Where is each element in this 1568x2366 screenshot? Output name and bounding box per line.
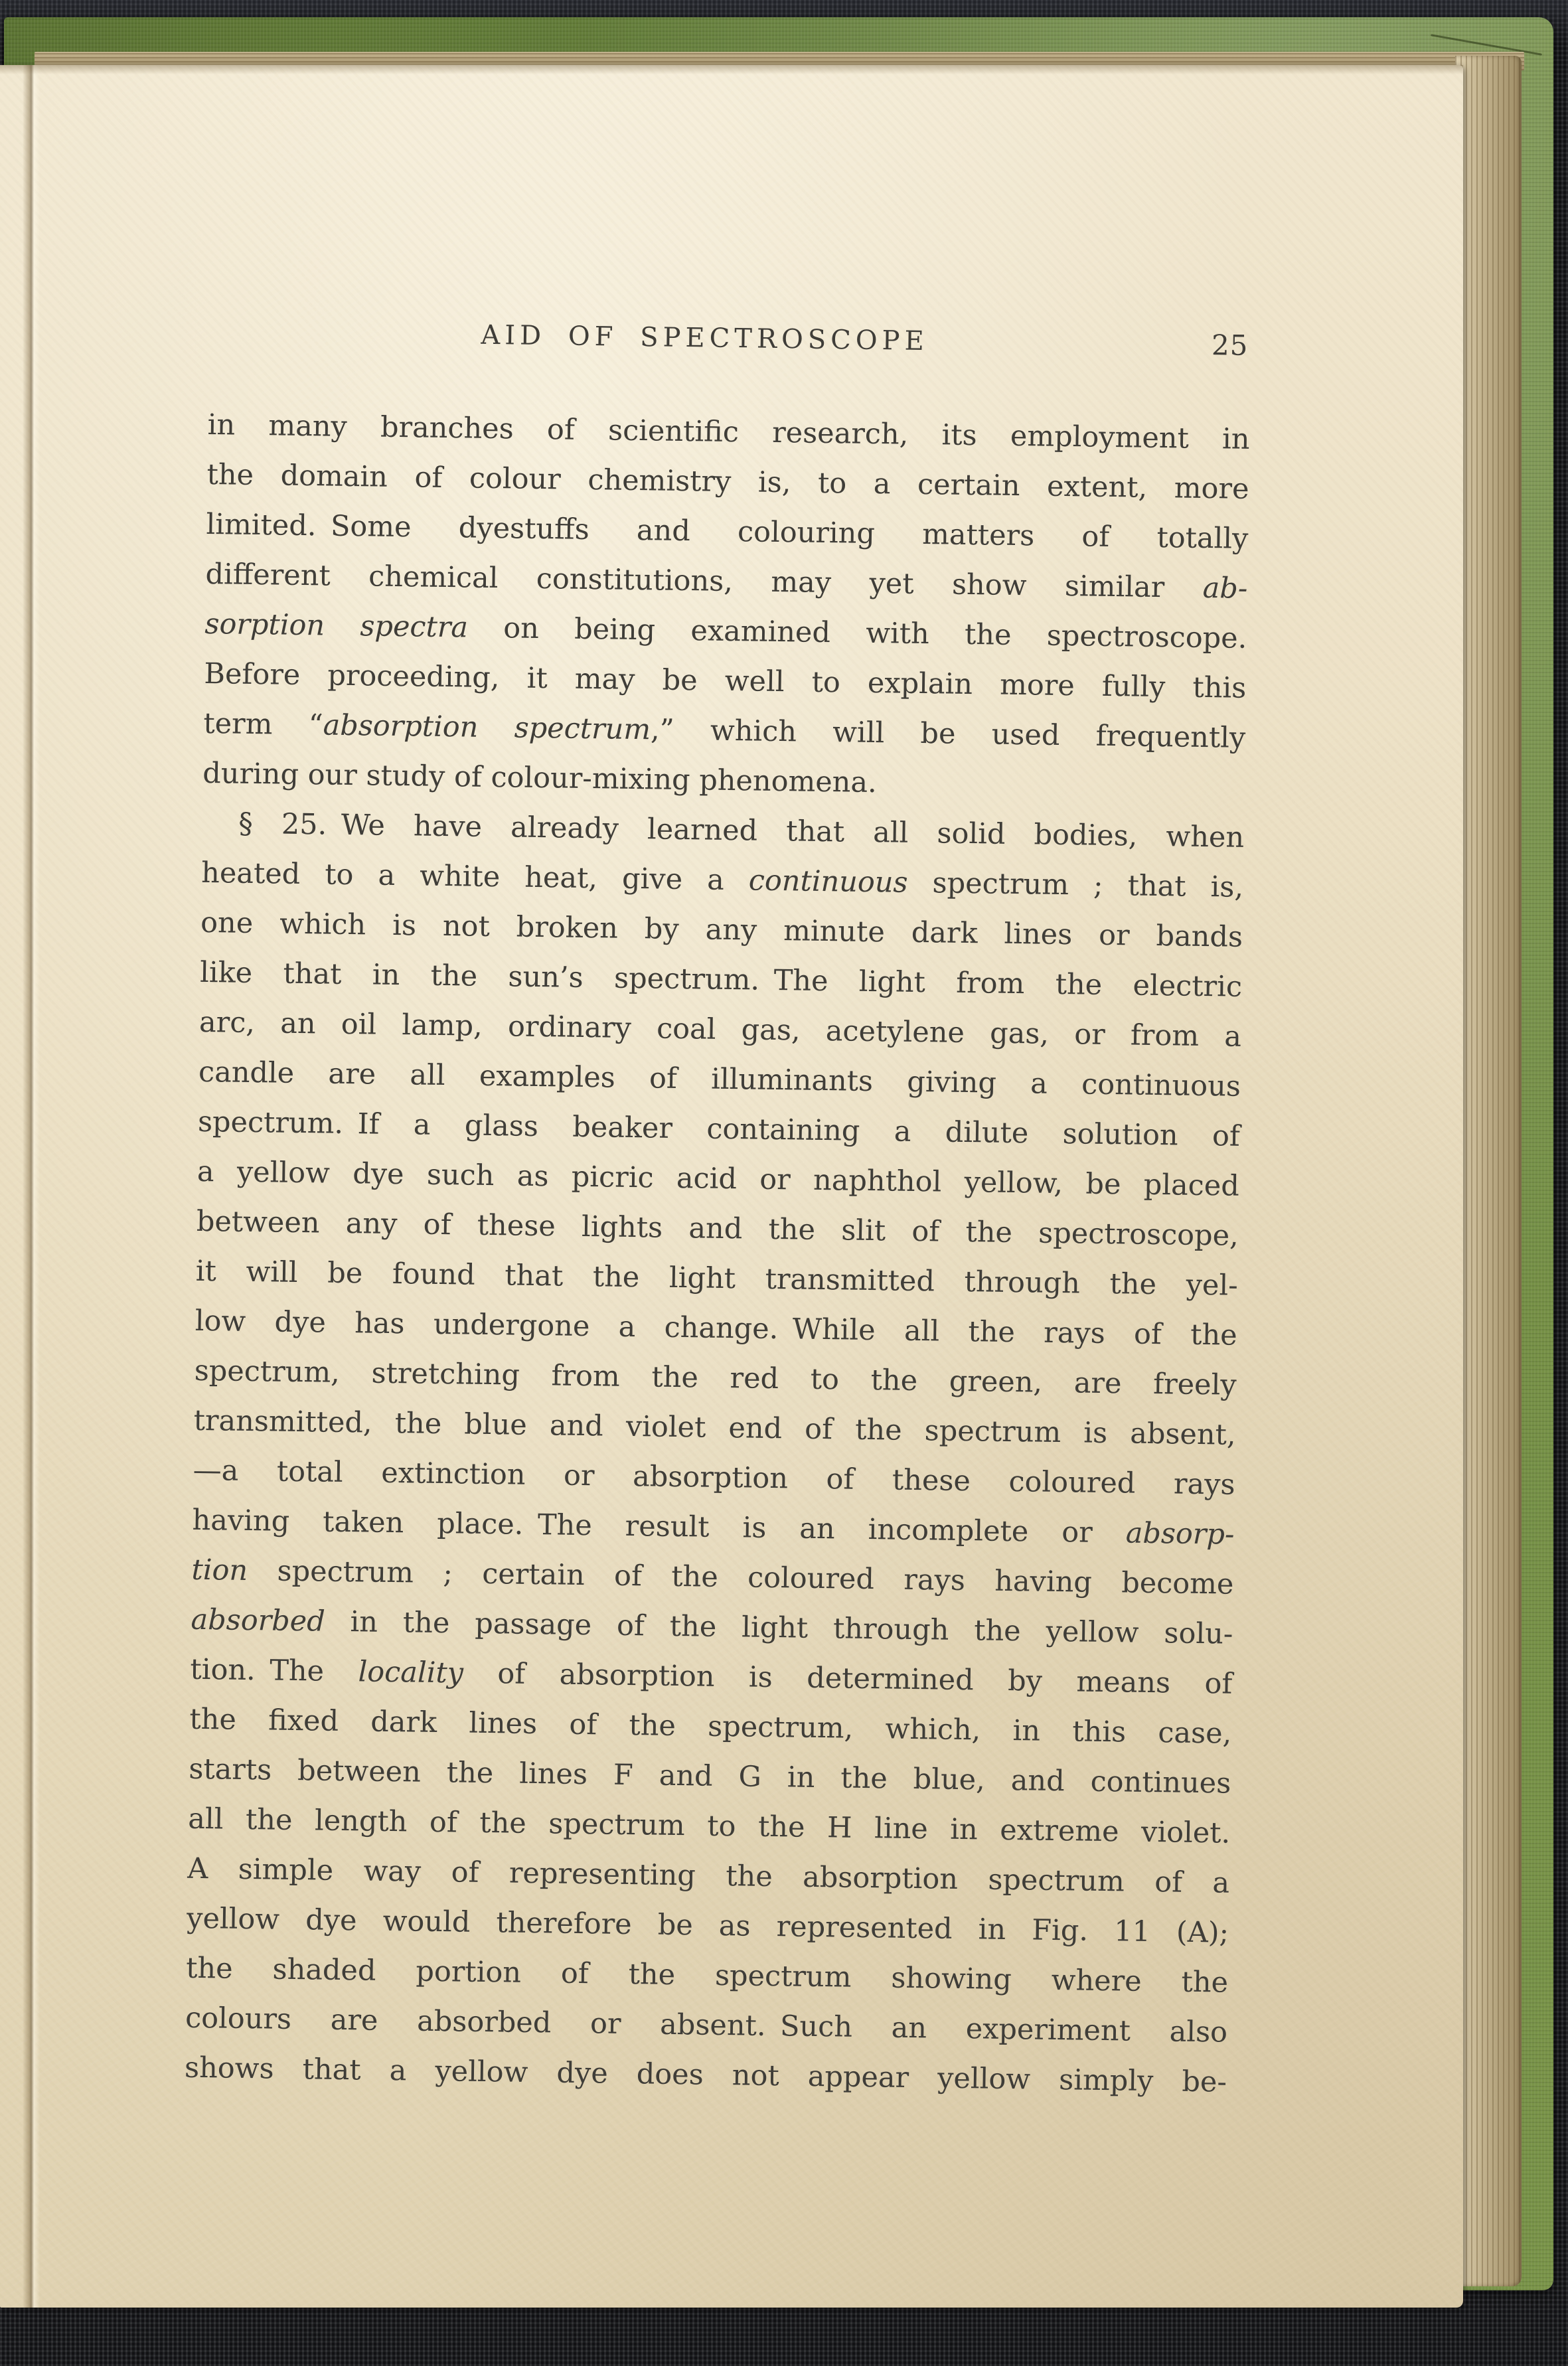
italic-text-segment: ab-: [1202, 572, 1247, 605]
text-segment: A simple way of representing the absorpt…: [187, 1852, 1230, 1900]
italic-text-segment: continuous: [749, 864, 908, 899]
text-segment: colours are absorbed or absent. Such an …: [185, 2002, 1228, 2049]
text-segment: yellow dye would therefore be as represe…: [187, 1902, 1229, 1950]
text-segment: the domain of colour chemistry is, to a …: [206, 458, 1249, 506]
text-segment: like that in the sun’s spectrum. The lig…: [200, 956, 1243, 1004]
page-number: 25: [1212, 328, 1249, 363]
page-binding-crease: [23, 65, 40, 2308]
text-segment: § 25. We have already learned that all s…: [238, 807, 1245, 854]
italic-text-segment: absorp-: [1125, 1516, 1234, 1551]
text-segment: shows that a yellow dye does not appear …: [185, 2051, 1227, 2099]
text-segment: on being examined with the spectroscope.: [468, 611, 1247, 655]
text-segment: low dye has undergone a change. While al…: [195, 1304, 1237, 1352]
italic-text-segment: tion: [191, 1553, 248, 1587]
text-segment: —a total extinction or absorption of the…: [193, 1454, 1235, 1502]
text-segment: arc, an oil lamp, ordinary coal gas, ace…: [199, 1006, 1242, 1054]
page-text: in many branches of scientific research,…: [185, 400, 1250, 2108]
text-segment: spectrum. If a glass beaker containing a…: [198, 1105, 1241, 1153]
text-segment: spectrum ; certain of the coloured rays …: [248, 1554, 1234, 1601]
printed-content: AID OF SPECTROSCOPE 25 in many branches …: [185, 314, 1251, 2108]
text-segment: transmitted, the blue and violet end of …: [193, 1404, 1236, 1452]
text-segment: the shaded portion of the spectrum showi…: [186, 1952, 1229, 2000]
text-segment: in the passage of the light through the …: [325, 1605, 1233, 1651]
text-segment: spectrum ; that is,: [907, 866, 1243, 904]
book-scan-photo: { "document": { "header": { "title": "AI…: [0, 0, 1568, 2366]
text-segment: tion. The: [190, 1653, 358, 1689]
text-segment: of absorption is determined by means of: [463, 1657, 1233, 1701]
text-segment: a yellow dye such as picric acid or naph…: [197, 1155, 1240, 1203]
text-segment: it will be found that the light transmit…: [196, 1255, 1239, 1302]
text-segment: candle are all examples of illuminants g…: [198, 1056, 1241, 1103]
text-segment: ,” which will be used frequently: [651, 713, 1246, 755]
italic-text-segment: locality: [358, 1655, 463, 1690]
text-segment: in many branches of scientific research,…: [207, 408, 1250, 456]
text-segment: one which is not broken by any minute da…: [200, 906, 1243, 954]
text-segment: limited. Some dyestuffs and colouring ma…: [206, 508, 1249, 556]
italic-text-segment: absorption spectrum: [323, 708, 651, 746]
text-segment: all the length of the spectrum to the H …: [188, 1802, 1231, 1850]
page-stack-fore-edge: [1455, 56, 1522, 2286]
text-segment: different chemical constitutions, may ye…: [205, 558, 1203, 605]
text-segment: the fixed dark lines of the spectrum, wh…: [189, 1703, 1232, 1751]
italic-text-segment: sorption spectra: [204, 607, 468, 645]
text-segment: heated to a white heat, give a: [201, 856, 749, 898]
page-top-edge-shadow: [0, 65, 1463, 74]
text-segment: having taken place. The result is an inc…: [192, 1504, 1126, 1550]
text-segment: spectrum, stretching from the red to the…: [194, 1354, 1237, 1402]
italic-text-segment: absorbed: [191, 1603, 325, 1638]
text-segment: Before proceeding, it may be well to exp…: [204, 657, 1247, 705]
book-page: AID OF SPECTROSCOPE 25 in many branches …: [0, 65, 1463, 2308]
text-segment: during our study of colour-mixing phenom…: [202, 757, 877, 799]
text-segment: between any of these lights and the slit…: [196, 1205, 1239, 1253]
text-segment: starts between the lines F and G in the …: [189, 1753, 1231, 1800]
text-segment: term “: [203, 707, 323, 742]
